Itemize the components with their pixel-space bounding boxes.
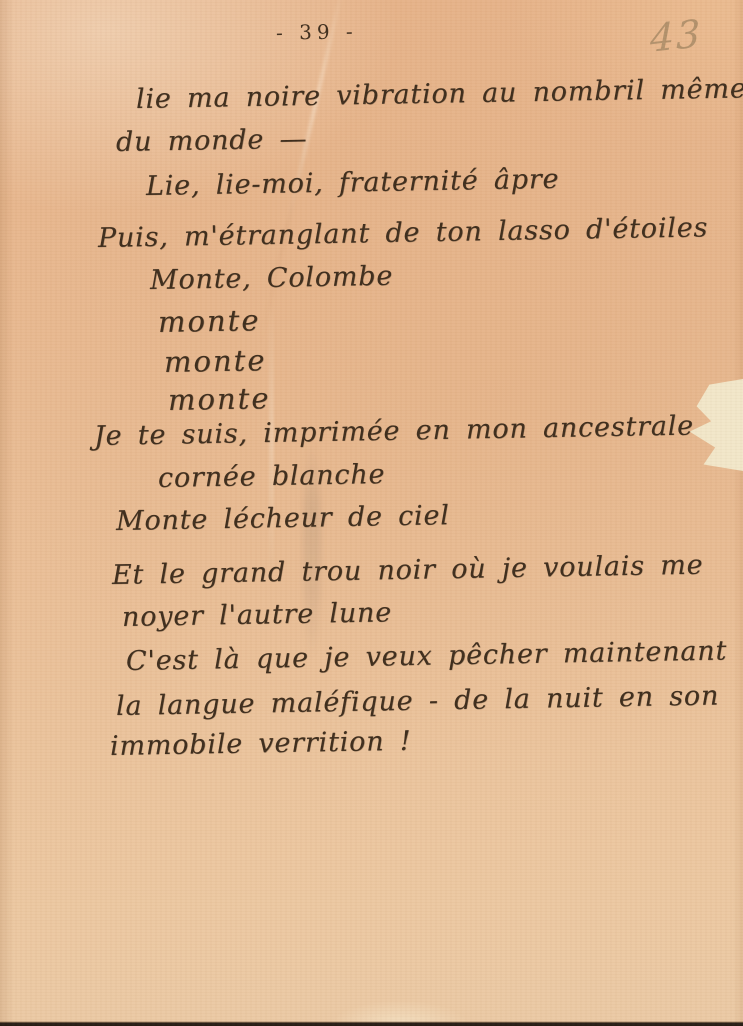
paper-edge-shadow-right [733, 0, 743, 1026]
scan-edge [0, 1021, 743, 1026]
poem-line: Puis, m'étranglant de ton lasso d'étoile… [98, 212, 709, 254]
paper-edge-shadow-left [0, 0, 14, 1026]
poem-line: immobile verrition ! [110, 726, 412, 762]
poem-line: la langue maléfique - de la nuit en son [116, 680, 720, 722]
page-number: - 39 - [276, 19, 358, 44]
poem-line: noyer l'autre lune [122, 597, 393, 633]
poem-line: du monde — [116, 124, 308, 158]
poem-line: monte [158, 303, 261, 339]
poem-line: lie ma noire vibration au nombril même [136, 73, 743, 115]
poem-line: Lie, lie-moi, fraternité âpre [146, 164, 560, 202]
poem-line: monte [164, 343, 267, 379]
poem-line: Je te suis, imprimée en mon ancestrale [94, 411, 694, 452]
poem-line: Monte lécheur de ciel [116, 500, 450, 537]
poem-line: cornée blanche [158, 459, 386, 494]
poem-line: C'est là que je veux pêcher maintenant [126, 636, 728, 677]
manuscript-page: - 39 - 43 lie ma noire vibration au nomb… [0, 0, 743, 1026]
poem-line: Monte, Colombe [150, 261, 394, 296]
poem-line: monte [168, 381, 271, 417]
poem-line: Et le grand trou noir où je voulais me [112, 550, 704, 591]
pencil-folio-number: 43 [650, 11, 702, 61]
